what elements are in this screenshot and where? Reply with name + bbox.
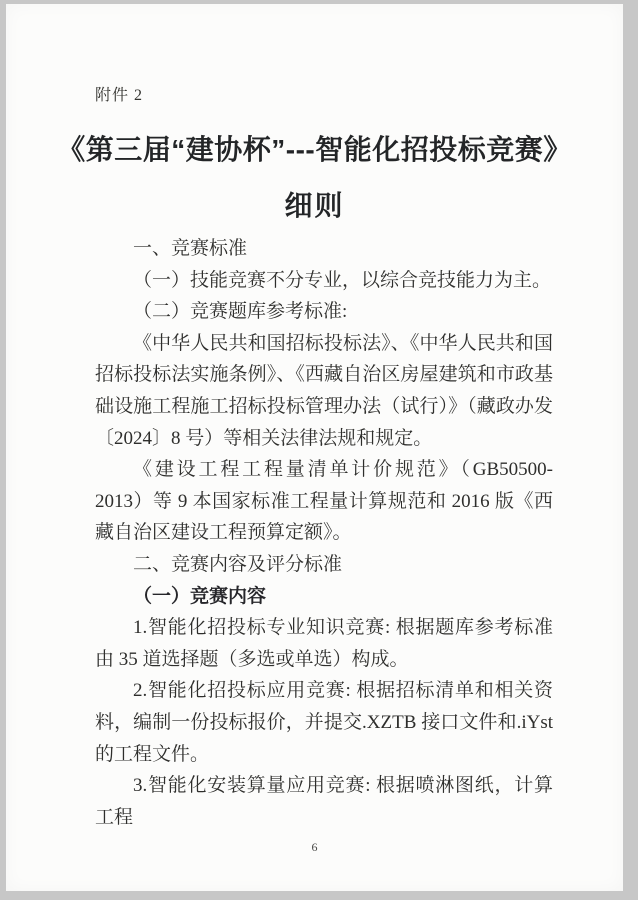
heading-competition-standard: 一、竞赛标准 [95,233,553,265]
document-body: 一、竞赛标准 （一）技能竞赛不分专业，以综合竞技能力为主。 （二）竞赛题库参考标… [95,233,553,833]
document-title: 《第三届“建协杯”---智能化招投标竞赛》 [6,128,623,168]
heading-content-and-scoring: 二、竞赛内容及评分标准 [95,549,553,581]
paragraph-laws-regulations: 《中华人民共和国招标投标法》、《中华人民共和国招标投标法实施条例》、《西藏自治区… [95,328,553,454]
paragraph-item-3-quantity-calculation: 3.智能化安装算量应用竞赛: 根据喷淋图纸，计算工程 [95,770,553,833]
paragraph-skill-scope: （一）技能竞赛不分专业，以综合竞技能力为主。 [95,265,553,297]
paragraph-item-2-bidding-application: 2.智能化招投标应用竞赛: 根据招标清单和相关资料，编制一份投标报价，并提交.X… [95,675,553,770]
paragraph-item-1-knowledge-contest: 1.智能化招投标专业知识竞赛: 根据题库参考标准由 35 道选择题（多选或单选）… [95,612,553,675]
page-number: 6 [6,840,623,855]
attachment-label: 附件 2 [95,82,143,105]
scanned-document: { "document": { "attachment_label": "附件 … [0,0,638,900]
paragraph-question-bank-intro: （二）竞赛题库参考标准: [95,296,553,328]
document-page: 附件 2 《第三届“建协杯”---智能化招投标竞赛》 细则 一、竞赛标准 （一）… [6,4,623,891]
document-subtitle: 细则 [6,184,623,224]
paragraph-pricing-standards: 《建设工程工程量清单计价规范》（GB50500-2013）等 9 本国家标准工程… [95,454,553,549]
heading-competition-content: （一）竞赛内容 [95,581,553,613]
